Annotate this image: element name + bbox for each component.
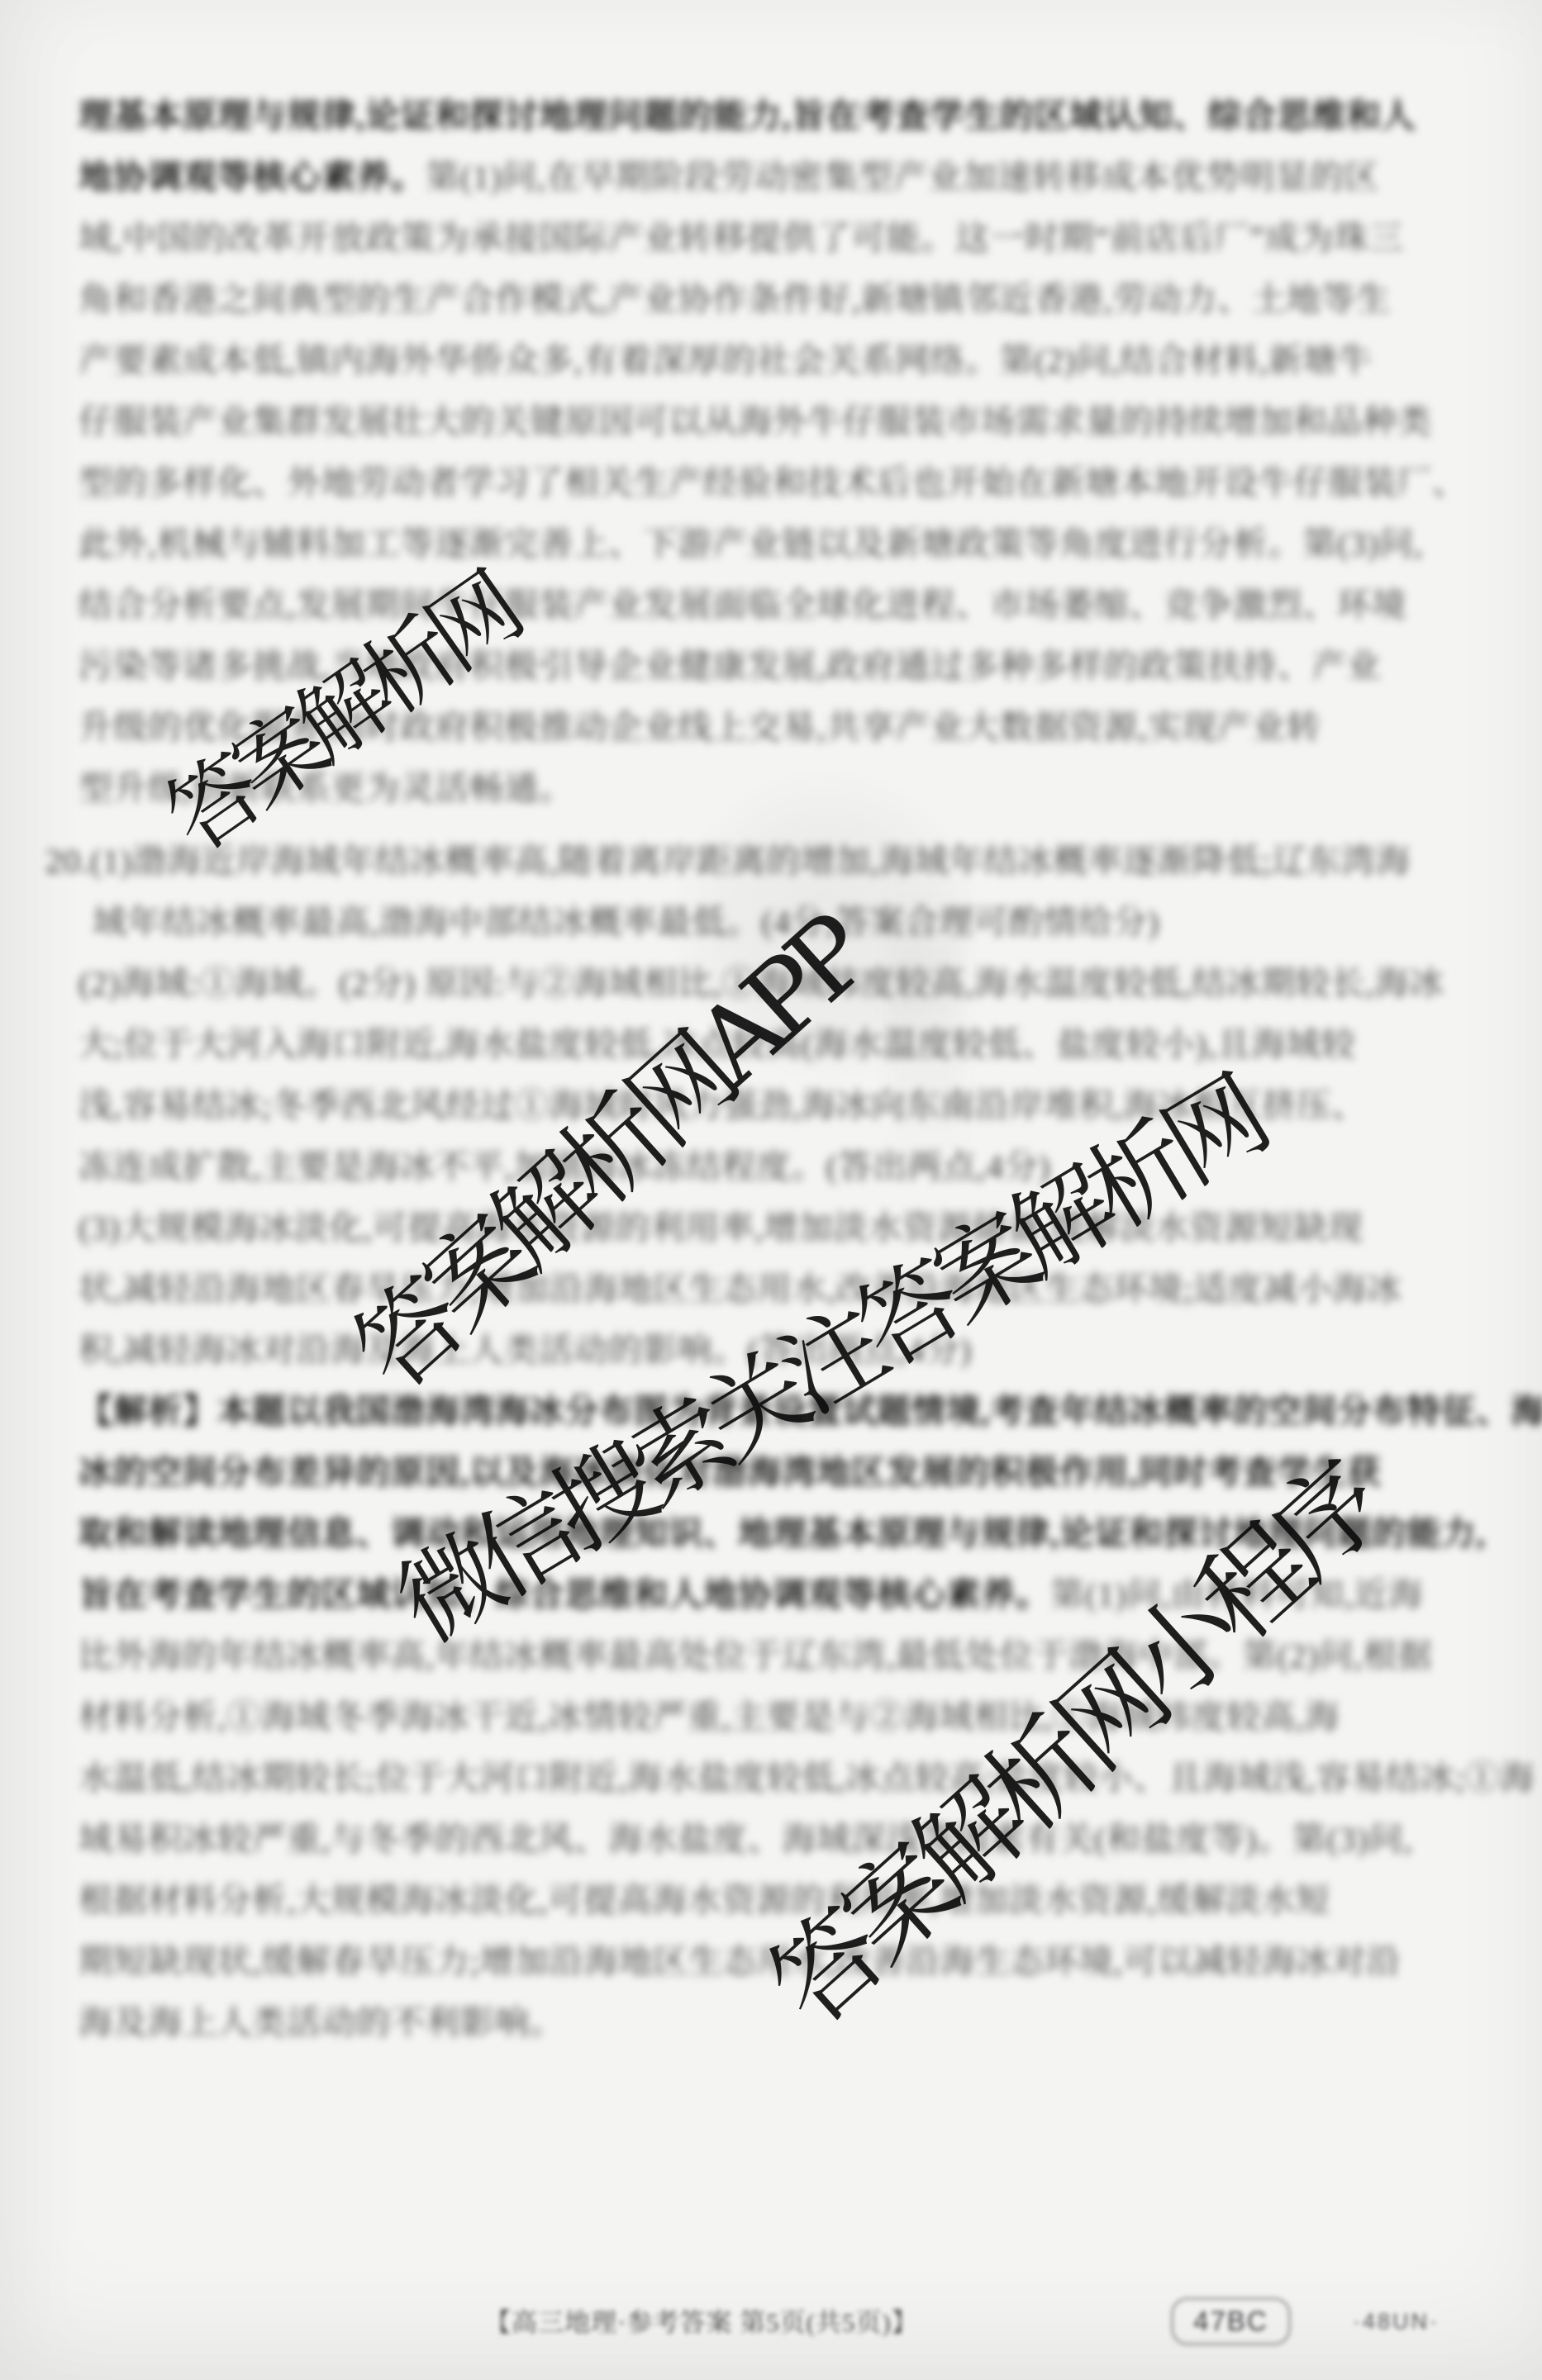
text-line: 型的多样化、外地劳动者学习了相关生产经验和技术后也开始在新塘本地开设牛仔服装厂、 [0, 452, 1542, 513]
text-line: 升级的优化服务,同时政府积极推动企业线上交易,共享产业大数据资源,实现产业转 [0, 696, 1542, 758]
text-line: 海及海上人类活动的不利影响。 [0, 1992, 1542, 2053]
text-line: 域,中国的改革开放政策为承接国际产业转移提供了可能。这一时期“前店后厂”成为珠三 [0, 207, 1542, 268]
text-line: 比外海的年结冰概率高,年结冰概率最高处位于辽东湾,最低处位于渤海中部。第(2)问… [0, 1625, 1542, 1686]
text-line: (2)海域:①海域。(2分) 原因:与②海域相比,①海域纬度较高,海水温度较低,… [0, 952, 1542, 1014]
text-line: 仔服装产业集群发展壮大的关键原因可以从海外牛仔服装市场需求量的持续增加和品种类 [0, 391, 1542, 452]
text-line: 旨在考查学生的区域认知、综合思维和人地协调观等核心素养。第(1)问,由材料可知,… [0, 1564, 1542, 1625]
text-line: 域年结冰概率最高,渤海中部结冰概率最低。(4分,答案合理可酌情给分) [0, 891, 1542, 952]
text-line: 20.(1)渤海近岸海域年结冰概率高,随着离岸距离的增加,海域年结冰概率逐渐降低… [0, 830, 1542, 891]
text-line: 浅,容易结冰;冬季西北风经过①海域时风力强劲,海冰向东南沿岸堆积,海冰相互挤压、 [0, 1075, 1542, 1136]
text-line: 冰的空间分布差异的原因,以及海冰淡化对渤海湾地区发展的积极作用,同时考查学生获 [0, 1442, 1542, 1503]
answer-text-body: 理基本原理与规律,论证和探讨地理问题的能力,旨在考查学生的区域认知、综合思维和人… [0, 85, 1542, 2053]
text-line: 型升级,创新联系更为灵活畅通。 [0, 758, 1542, 819]
text-line: 根据材料分析,大规模海冰淡化,可提高海水资源的利用率,增加淡水资源,缓解淡水短 [0, 1869, 1542, 1931]
text-line: 取和解读地理信息、调动和运用地理知识、地理基本原理与规律,论证和探讨地理问题的能… [0, 1503, 1542, 1564]
footer-right-code: ·48UN· [1353, 2309, 1440, 2335]
text-line: 冻连成扩散,主要是海冰不平,加剧海冰冻结程度。(答出两点,4分) [0, 1136, 1542, 1197]
text-line: (3)大规模海冰淡化,可提高海水资源的利用率,增加淡水资源储备,缓解淡水资源短缺… [0, 1197, 1542, 1258]
text-line: 角和香港之间典型的生产合作模式,产业协作条件好,新塘镇邻近香港,劳动力、土地等生 [0, 268, 1542, 330]
text-line: 地协调观等核心素养。第(1)问,在早期阶段劳动密集型产业加速转移成本优势明显的区 [0, 146, 1542, 207]
text-line: 大;位于大河入海口附近,海水盐度较低,冰点较高(海水温度较低、盐度较小),且海域… [0, 1014, 1542, 1075]
text-line: 材料分析,①海域冬季海冰干近,冰情较严重,主要是与②海域相比,①海域纬度较高,海 [0, 1686, 1542, 1747]
text-line: 域易积冰较严重,与冬季的西北风、海水盐度、海域深浅等因素有关(和盐度等)。第(3… [0, 1808, 1542, 1869]
text-line: 污染等诸多挑战,当地政府积极引导企业健康发展,政府通过多种多样的政策扶持、产业 [0, 635, 1542, 696]
text-line: 此外,机械与辅料加工等逐渐完善上、下游产业链以及新塘政策等角度进行分析。第(3)… [0, 513, 1542, 574]
scanned-answer-page: 理基本原理与规律,论证和探讨地理问题的能力,旨在考查学生的区域认知、综合思维和人… [0, 0, 1542, 2380]
text-line: 积,减轻海冰对沿海及海上人类活动的影响。(答出两点,4分) [0, 1319, 1542, 1380]
text-line: 水温低,结冰期较长;位于大河口附近,海水盐度较低,冰点较高;盐度较小、且海域浅,… [0, 1747, 1542, 1808]
text-line: 结合分析要点,发展期间牛仔服装产业发展面临全球化进程、市场萎缩、竞争激烈、环境 [0, 574, 1542, 635]
text-line: 【解析】本题以我国渤海湾海冰分布图为背景设置试题情境,考查年结冰概率的空间分布特… [0, 1380, 1542, 1442]
text-line: 期短缺现状,缓解春旱压力;增加沿海地区生态用水,改善沿海生态环境,可以减轻海冰对… [0, 1931, 1542, 1992]
footer-exam-code-box: 47BC [1171, 2297, 1291, 2345]
text-line: 状,减轻沿海地区春旱压力;增加沿海地区生态用水,改善沿海地区生态环境;适度减小海… [0, 1258, 1542, 1319]
footer-page-title: 【高三地理·参考答案 第5页(共5页)】 [485, 2302, 1055, 2339]
text-line: 产要素成本低,镇内海外华侨众多,有着深厚的社会关系网络。第(2)问,结合材料,新… [0, 330, 1542, 391]
text-line: 理基本原理与规律,论证和探讨地理问题的能力,旨在考查学生的区域认知、综合思维和人 [0, 85, 1542, 146]
